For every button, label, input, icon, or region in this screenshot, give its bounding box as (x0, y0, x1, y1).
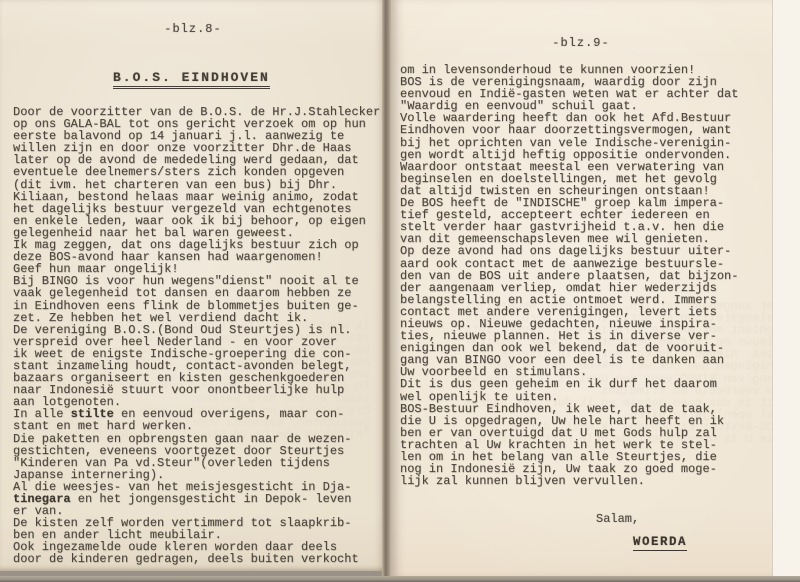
text-line: (dit ivm. het charteren van een bus) bij… (13, 179, 385, 191)
article-title: B.O.S. EINDHOVEN (113, 70, 270, 89)
text-line: in Eindhoven eens flink de blommetjes bu… (13, 300, 385, 312)
text-line: Eindhoven voor haar doorzettingsvermogen… (400, 124, 772, 136)
text-line: BOS-Bestuur Eindhoven, ik weet, dat de t… (400, 403, 772, 415)
text-line: gen wordt altijd heftig oppositie onderv… (400, 149, 772, 161)
page-right: -blz.9- om in levensonderhoud te kunnen … (391, 0, 800, 578)
page-number-right: -blz.9- (396, 36, 766, 50)
text-line: Dit is dus geen geheim en ik durf het da… (400, 378, 772, 390)
page-number-left: -blz.8- (8, 22, 378, 36)
scanned-book-spread: -blz.8- B.O.S. EINDHOVEN Door de voorzit… (0, 0, 800, 582)
left-page-text: Door de voorzitter van de B.O.S. de Hr.J… (13, 106, 385, 566)
page-edge-margin (772, 0, 800, 576)
scan-bottom-edge (0, 576, 800, 582)
text-line: Kiliaan, bestond helaas maar weinig anim… (13, 191, 385, 203)
text-line: gestichten, eveneens voortgezet door Ste… (13, 445, 385, 457)
text-line: tinegara en het jongensgesticht in Depok… (13, 493, 385, 505)
text-line: bij het oprichten van vele Indische-vere… (400, 137, 772, 149)
text-line: lijk zal kunnen blijven vervullen. (400, 475, 772, 487)
text-line: Die paketten en opbrengsten gaan naar de… (13, 433, 385, 445)
text-line: zet. Ze hebben het wel verdiend dacht ik… (13, 312, 385, 324)
text-line: Op deze avond had ons dagelijks bestuur … (400, 245, 772, 257)
right-page-text: om in levensonderhoud te kunnen voorzien… (400, 64, 772, 487)
text-line: stant en met hard werken. (13, 420, 385, 432)
signature: WOERDA (633, 535, 687, 551)
text-line: die U is opgedragen, Uw hele hart heeft … (400, 415, 772, 427)
text-line: aard ook contact met de aanwezige bestuu… (400, 258, 772, 270)
text-line: den van de BOS uit andere plaatsen, dat … (400, 270, 772, 282)
text-line: vaak gelegenheid tot dansen en daarom he… (13, 287, 385, 299)
text-line: door de kinderen gedragen, deels buiten … (13, 553, 385, 565)
text-line: der aangenaam verliep, omdat hier wederz… (400, 282, 772, 294)
text-line: De vereniging B.O.S.(Bond Oud Steurtjes)… (13, 324, 385, 336)
page-left: -blz.8- B.O.S. EINDHOVEN Door de voorzit… (0, 0, 386, 571)
text-line: eventuele deelnemers/sters zich konden o… (13, 166, 385, 178)
text-line: wel openlijk te uiten. (400, 391, 772, 403)
closing-salutation: Salam, (596, 512, 639, 526)
text-line: "Kinderen van Pa vd.Steur"(overleden tij… (13, 457, 385, 469)
